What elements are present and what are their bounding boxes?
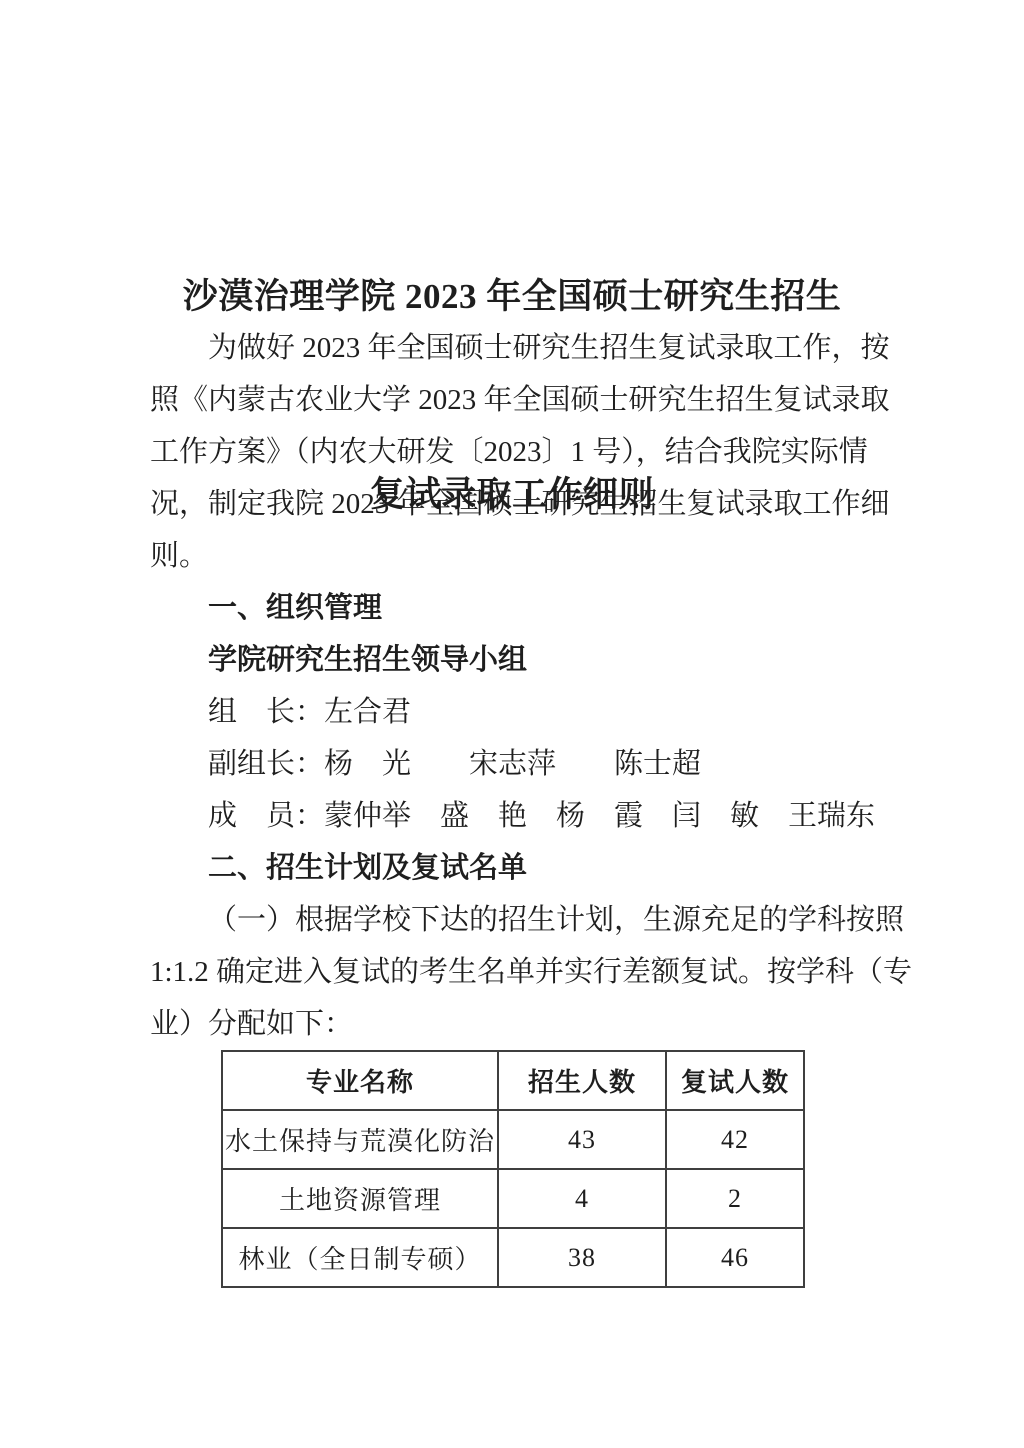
table-header-major: 专业名称 xyxy=(222,1051,498,1110)
major-name-cell: 林业（全日制专硕） xyxy=(222,1228,498,1287)
enrollment-table: 专业名称 招生人数 复试人数 水土保持与荒漠化防治 43 42 土地资源管理 4… xyxy=(221,1050,805,1288)
section-2-line-1: （一）根据学校下达的招生计划，生源充足的学科按照 xyxy=(150,894,855,946)
major-name-cell: 水土保持与荒漠化防治 xyxy=(222,1110,498,1169)
intro-line-1: 为做好 2023 年全国硕士研究生招生复试录取工作，按 xyxy=(150,322,855,374)
intro-line-3: 工作方案》（内农大研发〔2023〕1 号），结合我院实际情 xyxy=(150,426,855,478)
table-header-retest: 复试人数 xyxy=(666,1051,804,1110)
section-2-line-2: 1:1.2 确定进入复试的考生名单并实行差额复试。按学科（专 xyxy=(150,946,855,998)
leader-line-head: 组 长：左合君 xyxy=(150,686,855,738)
title-line-1: 沙漠治理学院 2023 年全国硕士研究生招生 xyxy=(0,264,1024,330)
enroll-count-cell: 4 xyxy=(498,1169,666,1228)
intro-line-5: 则。 xyxy=(150,530,855,582)
leader-line-members: 成 员：蒙仲举 盛 艳 杨 霞 闫 敏 王瑞东 xyxy=(150,790,855,842)
table-row: 林业（全日制专硕） 38 46 xyxy=(222,1228,804,1287)
document-body: 为做好 2023 年全国硕士研究生招生复试录取工作，按 照《内蒙古农业大学 20… xyxy=(150,322,855,1050)
section-1-heading: 一、组织管理 xyxy=(150,582,855,634)
retest-count-cell: 2 xyxy=(666,1169,804,1228)
intro-line-4: 况，制定我院 2023 年全国硕士研究生招生复试录取工作细 xyxy=(150,478,855,530)
retest-count-cell: 42 xyxy=(666,1110,804,1169)
leader-line-deputy: 副组长：杨 光 宋志萍 陈士超 xyxy=(150,738,855,790)
section-2-heading: 二、招生计划及复试名单 xyxy=(150,842,855,894)
leadership-group-title: 学院研究生招生领导小组 xyxy=(150,634,855,686)
table-header-enroll: 招生人数 xyxy=(498,1051,666,1110)
table-header-row: 专业名称 招生人数 复试人数 xyxy=(222,1051,804,1110)
table-row: 土地资源管理 4 2 xyxy=(222,1169,804,1228)
intro-line-2: 照《内蒙古农业大学 2023 年全国硕士研究生招生复试录取 xyxy=(150,374,855,426)
enroll-count-cell: 43 xyxy=(498,1110,666,1169)
retest-count-cell: 46 xyxy=(666,1228,804,1287)
enroll-count-cell: 38 xyxy=(498,1228,666,1287)
section-2-line-3: 业）分配如下： xyxy=(150,998,855,1050)
document-page: 沙漠治理学院 2023 年全国硕士研究生招生 复试录取工作细则 为做好 2023… xyxy=(0,0,1024,1448)
major-name-cell: 土地资源管理 xyxy=(222,1169,498,1228)
table-row: 水土保持与荒漠化防治 43 42 xyxy=(222,1110,804,1169)
